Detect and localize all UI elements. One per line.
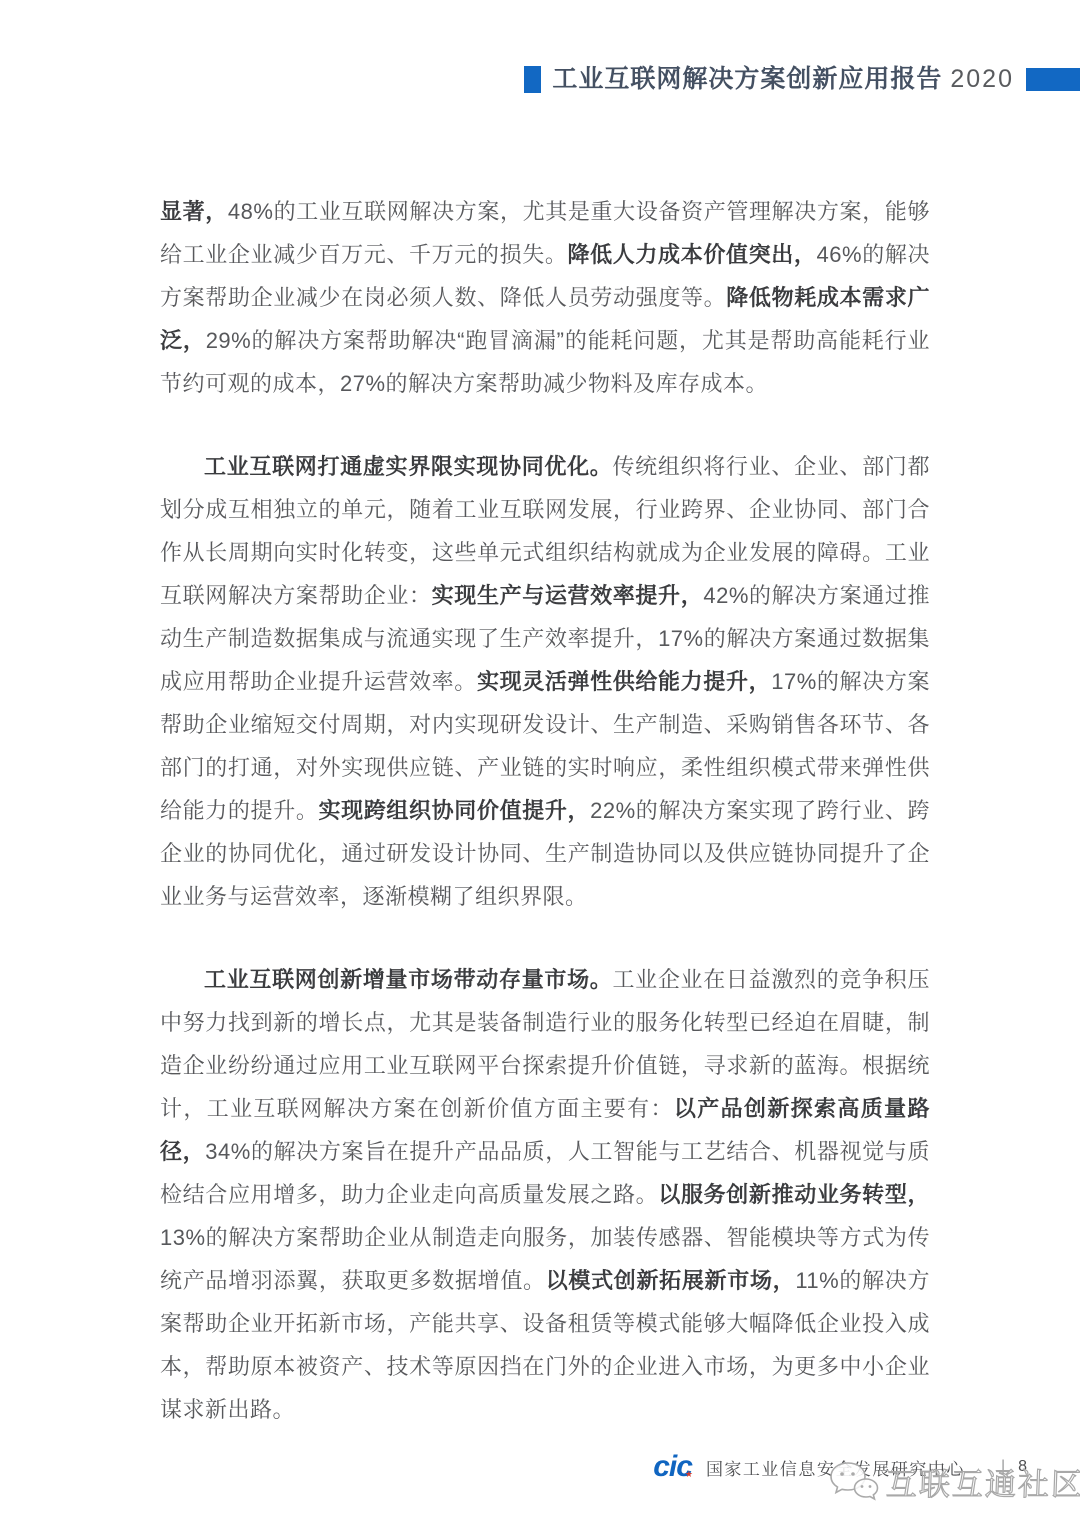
paragraph: 工业互联网打通虚实界限实现协同优化。传统组织将行业、企业、部门都划分成互相独立的…: [160, 445, 930, 918]
text-segment-bold: 显著，: [160, 199, 228, 224]
page-header: 工业互联网解决方案创新应用报告 2020: [0, 62, 1080, 96]
paragraph: 工业互联网创新增量市场带动存量市场。工业企业在日益激烈的竞争积压中努力找到新的增…: [160, 958, 930, 1431]
text-segment-bold: 工业互联网打通虚实界限实现协同优化。: [204, 454, 612, 479]
cic-logo: cic ★: [653, 1452, 692, 1482]
text-segment-bold: 工业互联网创新增量市场带动存量市场。: [204, 967, 612, 992]
header-accent-bar: [1026, 68, 1080, 91]
text-segment-bold: 实现跨组织协同价值提升，: [318, 798, 590, 823]
header-accent-square: [524, 66, 541, 93]
report-title: 工业互联网解决方案创新应用报告: [552, 67, 942, 92]
watermark-text: 互联互通社区: [885, 1469, 1080, 1500]
report-year: 2020: [950, 67, 1014, 92]
text-segment-bold: 以模式创新拓展新市场，: [546, 1268, 796, 1293]
text-segment-bold: 实现生产与运营效率提升，: [432, 583, 704, 608]
text-segment-bold: 以服务创新推动业务转型，: [658, 1182, 930, 1207]
community-watermark: 互联互通社区: [828, 1460, 1080, 1509]
document-body: 显著，48%的工业互联网解决方案，尤其是重大设备资产管理解决方案，能够给工业企业…: [160, 190, 930, 1471]
text-segment-bold: 实现灵活弹性供给能力提升，: [477, 669, 771, 694]
text-segment: 29%的解决方案帮助解决“跑冒滴漏”的能耗问题，尤其是帮助高能耗行业节约可观的成…: [160, 328, 930, 396]
star-icon: ★: [685, 1470, 692, 1479]
report-page: 工业互联网解决方案创新应用报告 2020 显著，48%的工业互联网解决方案，尤其…: [0, 0, 1080, 1534]
wechat-icon: [828, 1460, 880, 1509]
text-segment-bold: 降低人力成本价值突出，: [568, 242, 817, 267]
paragraph: 显著，48%的工业互联网解决方案，尤其是重大设备资产管理解决方案，能够给工业企业…: [160, 190, 930, 405]
